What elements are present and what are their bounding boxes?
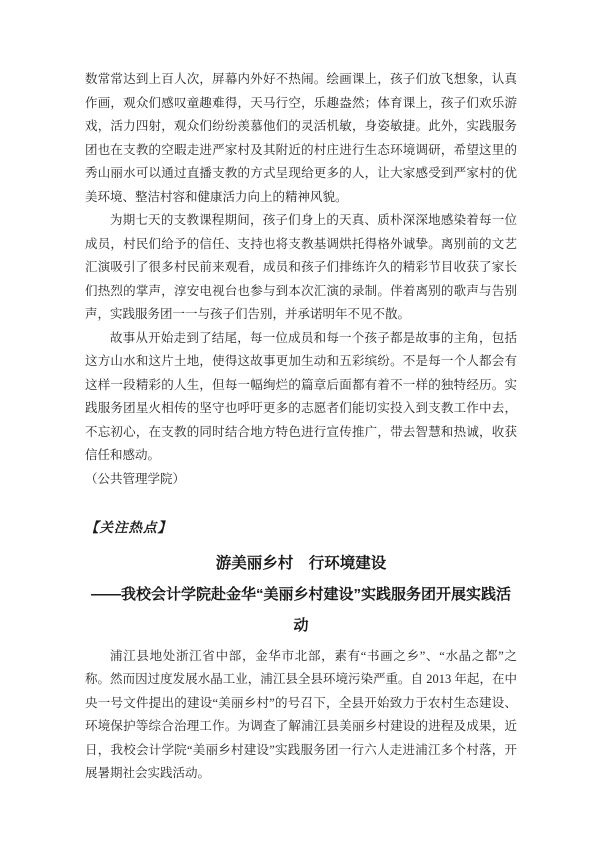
article-2-headline: 游美丽乡村 行环境建设 ——我校会计学院赴金华“美丽乡村建设”实践服务团开展实践…: [85, 548, 517, 641]
article-1-body: 数常常达到上百人次，屏幕内外好不热闹。绘画课上，孩子们放飞想象，认真作画，观众们…: [85, 68, 517, 491]
byline-college: （公共管理学院）: [85, 468, 517, 492]
paragraph-story-ending: 故事从开始走到了结尾，每一位成员和每一个孩子都是故事的主角，包括这方山水和这片土…: [85, 327, 517, 468]
section-heading-hot-topics: 【关注热点】: [85, 516, 517, 540]
paragraph-teaching-week: 为期七天的支教课程期间，孩子们身上的天真、质朴深深地感染着每一位成员，村民们给予…: [85, 209, 517, 327]
article-title: 游美丽乡村 行环境建设: [85, 548, 517, 579]
paragraph-continuation: 数常常达到上百人次，屏幕内外好不热闹。绘画课上，孩子们放飞想象，认真作画，观众们…: [85, 68, 517, 209]
paragraph-pujiang-intro: 浦江县地处浙江省中部，金华市北部，素有“书画之乡”、“水晶之都”之称。然而因过度…: [85, 645, 517, 786]
document-page: 数常常达到上百人次，屏幕内外好不热闹。绘画课上，孩子们放飞想象，认真作画，观众们…: [0, 0, 600, 848]
article-subtitle: ——我校会计学院赴金华“美丽乡村建设”实践服务团开展实践活动: [85, 579, 517, 641]
article-2-body: 浦江县地处浙江省中部，金华市北部，素有“书画之乡”、“水晶之都”之称。然而因过度…: [85, 645, 517, 786]
